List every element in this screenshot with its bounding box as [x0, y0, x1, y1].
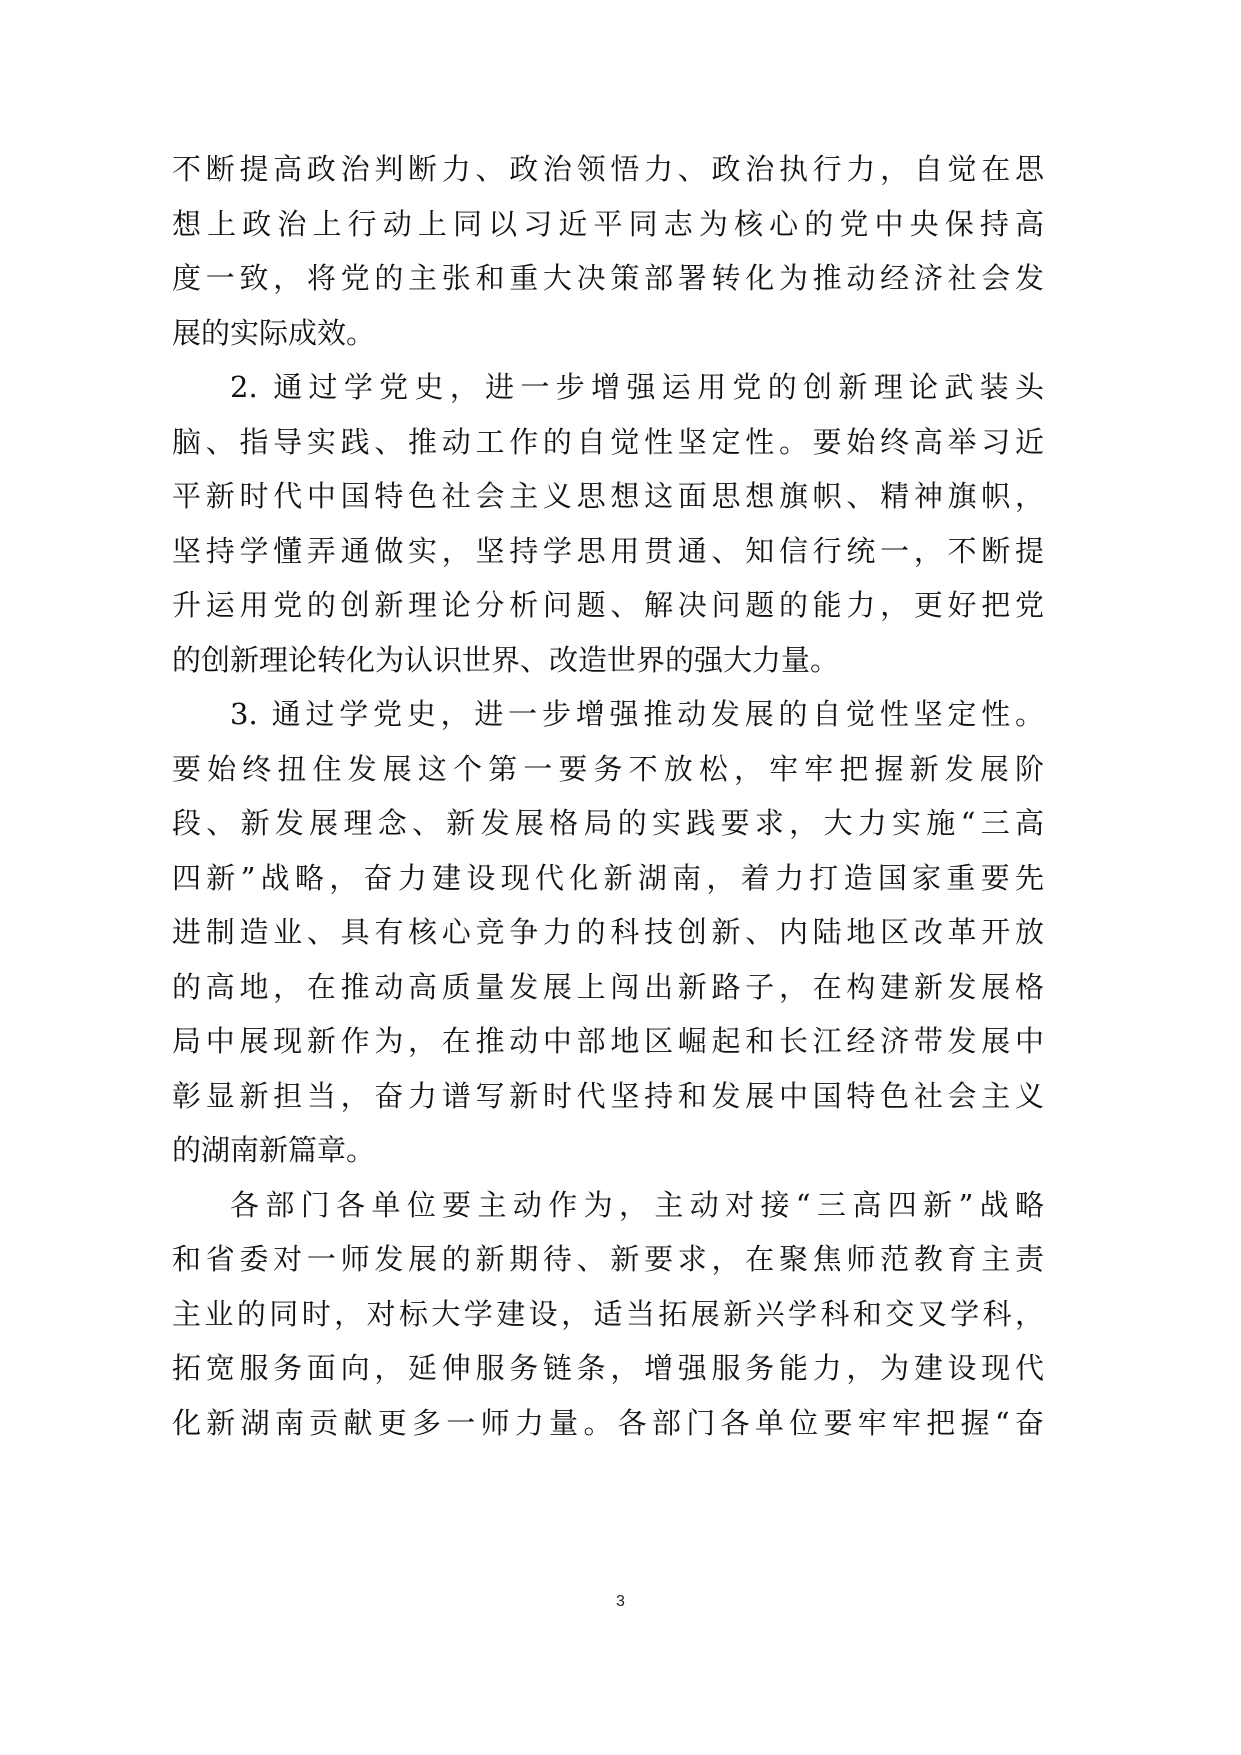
- text-line: 不断提高政治判断力、政治领悟力、政治执行力，自觉在思: [172, 142, 1044, 197]
- document-body: 不断提高政治判断力、政治领悟力、政治执行力，自觉在思 想上政治上行动上同以习近平…: [172, 142, 1044, 1450]
- paragraph: 2. 通过学党史，进一步增强运用党的创新理论武装头 脑、指导实践、推动工作的自觉…: [172, 360, 1044, 687]
- text-line: 升运用党的创新理论分析问题、解决问题的能力，更好把党: [172, 578, 1044, 633]
- text-line: 3. 通过学党史，进一步增强推动发展的自觉性坚定性。: [172, 687, 1044, 742]
- text-line: 进制造业、具有核心竞争力的科技创新、内陆地区改革开放: [172, 905, 1044, 960]
- text-line: 想上政治上行动上同以习近平同志为核心的党中央保持高: [172, 197, 1044, 252]
- paragraph: 各部门各单位要主动作为，主动对接“三高四新”战略 和省委对一师发展的新期待、新要…: [172, 1178, 1044, 1451]
- text-line: 彰显新担当，奋力谱写新时代坚持和发展中国特色社会主义: [172, 1069, 1044, 1124]
- text-line: 脑、指导实践、推动工作的自觉性坚定性。要始终高举习近: [172, 415, 1044, 470]
- paragraph: 不断提高政治判断力、政治领悟力、政治执行力，自觉在思 想上政治上行动上同以习近平…: [172, 142, 1044, 360]
- text-line: 的湖南新篇章。: [172, 1123, 1044, 1178]
- text-line: 坚持学懂弄通做实，坚持学思用贯通、知信行统一，不断提: [172, 524, 1044, 579]
- page-number: 3: [0, 1593, 1241, 1611]
- text-line: 要始终扭住发展这个第一要务不放松，牢牢把握新发展阶: [172, 742, 1044, 797]
- text-line: 和省委对一师发展的新期待、新要求，在聚焦师范教育主责: [172, 1232, 1044, 1287]
- text-line: 度一致，将党的主张和重大决策部署转化为推动经济社会发: [172, 251, 1044, 306]
- document-page: 不断提高政治判断力、政治领悟力、政治执行力，自觉在思 想上政治上行动上同以习近平…: [0, 0, 1241, 1755]
- text-line: 平新时代中国特色社会主义思想这面思想旗帜、精神旗帜，: [172, 469, 1044, 524]
- text-line: 化新湖南贡献更多一师力量。各部门各单位要牢牢把握“奋: [172, 1396, 1044, 1451]
- text-line: 拓宽服务面向，延伸服务链条，增强服务能力，为建设现代: [172, 1341, 1044, 1396]
- text-line: 的高地，在推动高质量发展上闯出新路子，在构建新发展格: [172, 960, 1044, 1015]
- text-line: 展的实际成效。: [172, 306, 1044, 361]
- text-line: 主业的同时，对标大学建设，适当拓展新兴学科和交叉学科，: [172, 1287, 1044, 1342]
- text-line: 的创新理论转化为认识世界、改造世界的强大力量。: [172, 633, 1044, 688]
- text-line: 各部门各单位要主动作为，主动对接“三高四新”战略: [172, 1178, 1044, 1233]
- paragraph: 3. 通过学党史，进一步增强推动发展的自觉性坚定性。 要始终扭住发展这个第一要务…: [172, 687, 1044, 1178]
- text-line: 四新”战略，奋力建设现代化新湖南，着力打造国家重要先: [172, 851, 1044, 906]
- text-line: 局中展现新作为，在推动中部地区崛起和长江经济带发展中: [172, 1014, 1044, 1069]
- text-line: 段、新发展理念、新发展格局的实践要求，大力实施“三高: [172, 796, 1044, 851]
- text-line: 2. 通过学党史，进一步增强运用党的创新理论武装头: [172, 360, 1044, 415]
